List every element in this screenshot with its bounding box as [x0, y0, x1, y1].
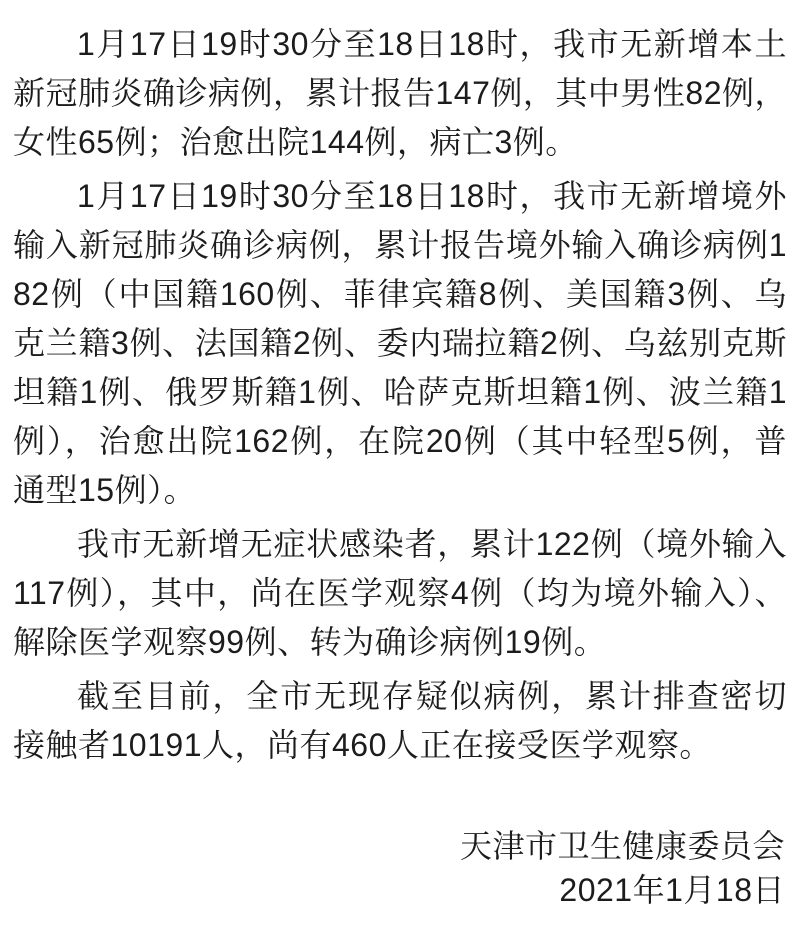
- paragraph-close-contacts: 截至目前，全市无现存疑似病例，累计排查密切接触者10191人，尚有460人正在接…: [13, 672, 787, 770]
- paragraph-imported-cases: 1月17日19时30分至18日18时，我市无新增境外输入新冠肺炎确诊病例，累计报…: [13, 172, 787, 515]
- issuer-signature: 天津市卫生健康委员会: [13, 824, 785, 868]
- issue-date: 2021年1月18日: [13, 868, 785, 912]
- signature-block: 天津市卫生健康委员会 2021年1月18日: [13, 824, 787, 912]
- paragraph-local-cases: 1月17日19时30分至18日18时，我市无新增本土新冠肺炎确诊病例，累计报告1…: [13, 20, 787, 167]
- announcement-document: 1月17日19时30分至18日18时，我市无新增本土新冠肺炎确诊病例，累计报告1…: [0, 0, 800, 940]
- paragraph-asymptomatic-cases: 我市无新增无症状感染者，累计122例（境外输入117例），其中，尚在医学观察4例…: [13, 520, 787, 667]
